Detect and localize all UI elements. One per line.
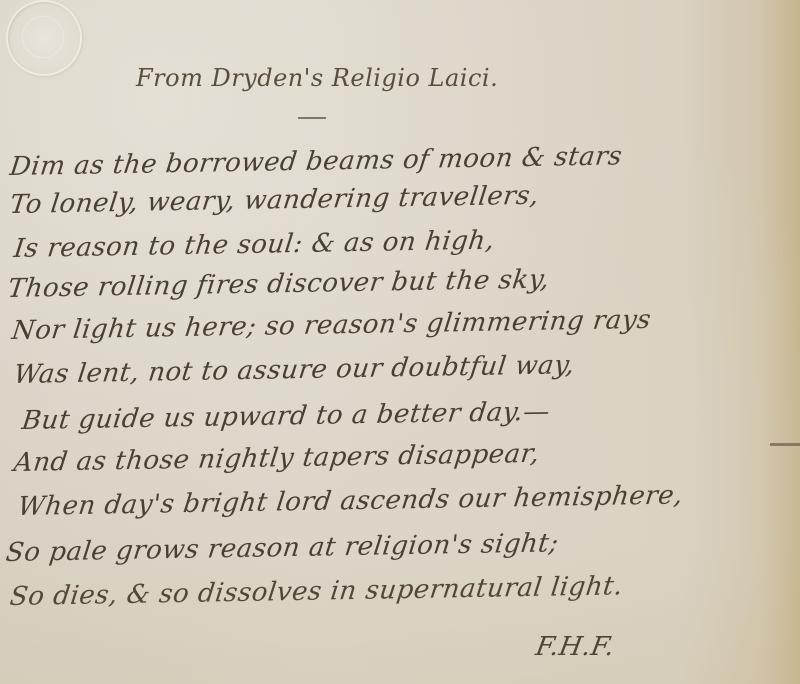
poem-title: From Dryden's Religio Laici. [136,64,498,92]
poem-line: Dim as the borrowed beams of moon & star… [8,141,624,182]
signature: F.H.F. [533,632,617,662]
poem-line: To lonely, weary, wandering travellers, [8,181,541,220]
poem-line: Nor light us here; so reason's glimmerin… [10,305,653,346]
poem-line: Those rolling fires discover but the sky… [6,265,551,304]
manuscript-page: From Dryden's Religio Laici. Dim as the … [0,0,800,684]
line-end-dash [770,443,800,446]
poem-line: So dies, & so dissolves in supernatural … [8,571,625,612]
embossed-seal-icon [6,0,82,76]
embossed-seal-inner-ring [22,16,64,58]
poem-line: Was lent, not to assure our doubtful way… [12,350,576,390]
title-underline [298,117,326,119]
poem-line: Is reason to the soul: & as on high, [12,226,496,264]
poem-line: And as those nightly tapers disappear, [12,439,541,478]
poem-line: So pale grows reason at religion's sight… [4,528,560,568]
poem-line: When day's bright lord ascends our hemis… [16,480,685,522]
poem-line: But guide us upward to a better day.— [20,397,552,436]
